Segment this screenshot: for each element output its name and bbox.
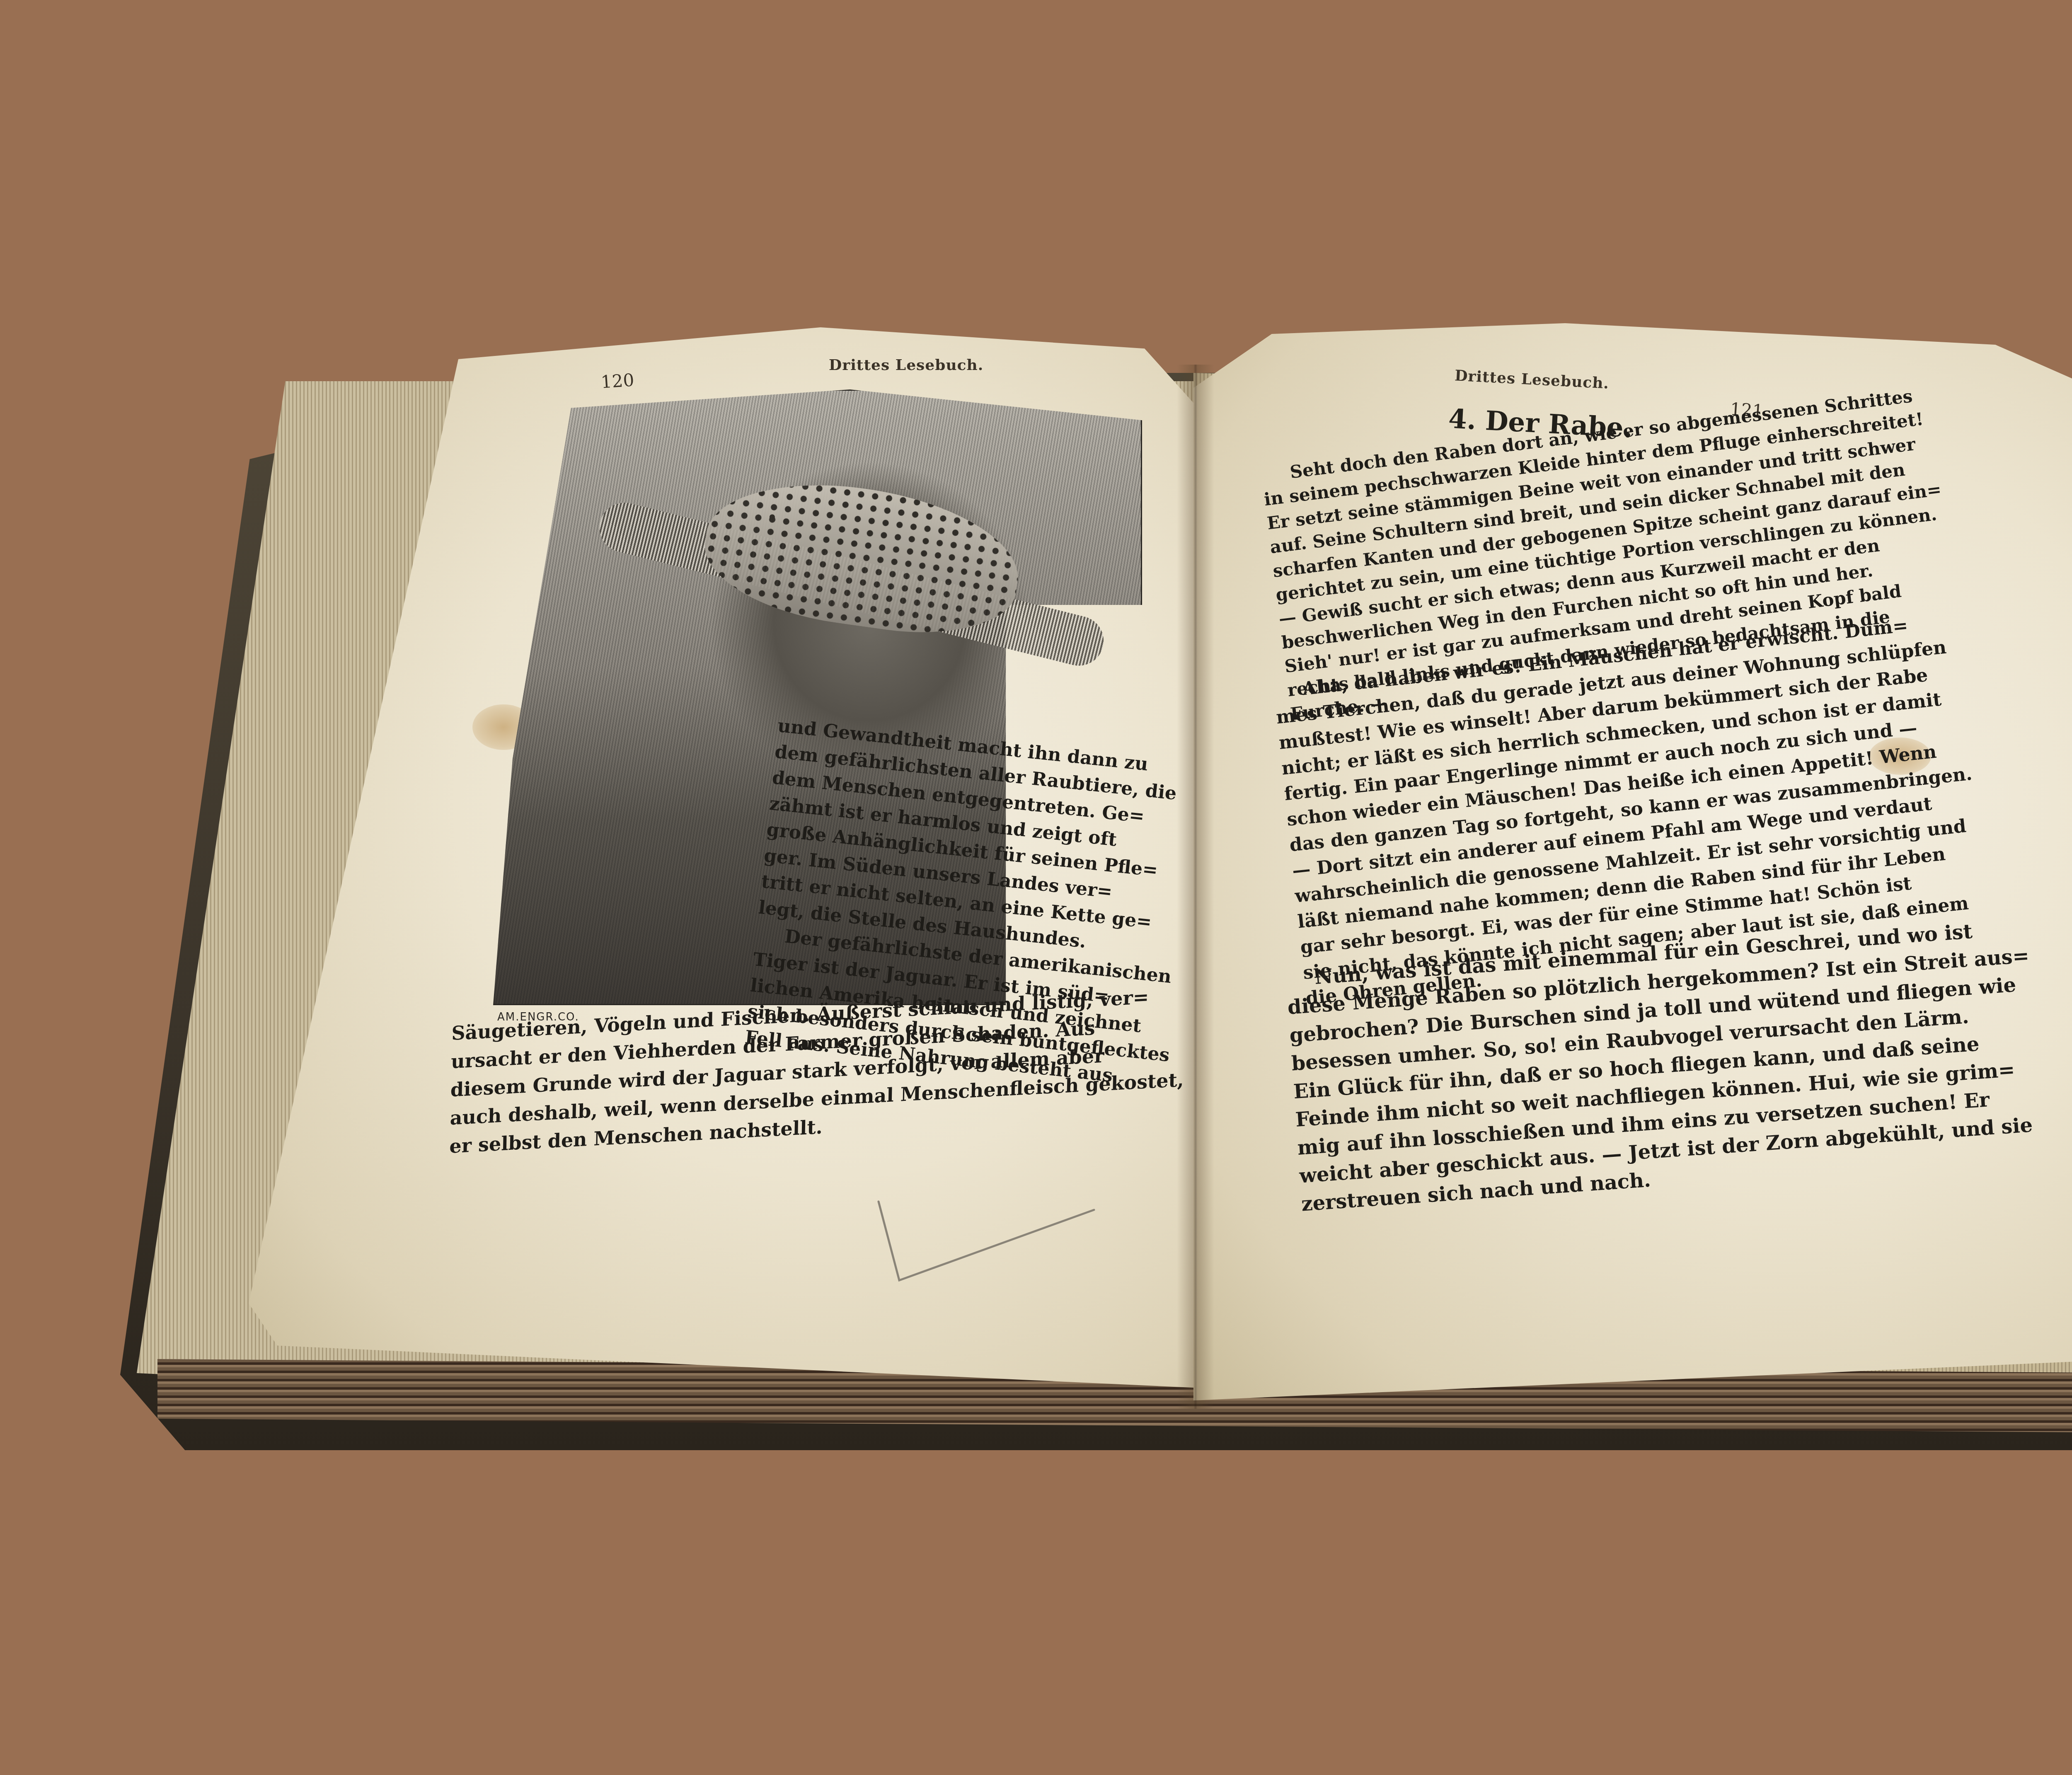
pencil-check-mark (870, 1185, 1102, 1284)
right-paragraph-3: Nun, was ist das mit einemmal für ein Ge… (1285, 914, 2044, 1219)
left-running-head: Drittes Lesebuch. (829, 356, 983, 374)
open-book: 120 Drittes Lesebuch. AM.ENGR.CO. und Ge… (0, 0, 2072, 1775)
left-page-number: 120 (600, 370, 634, 392)
